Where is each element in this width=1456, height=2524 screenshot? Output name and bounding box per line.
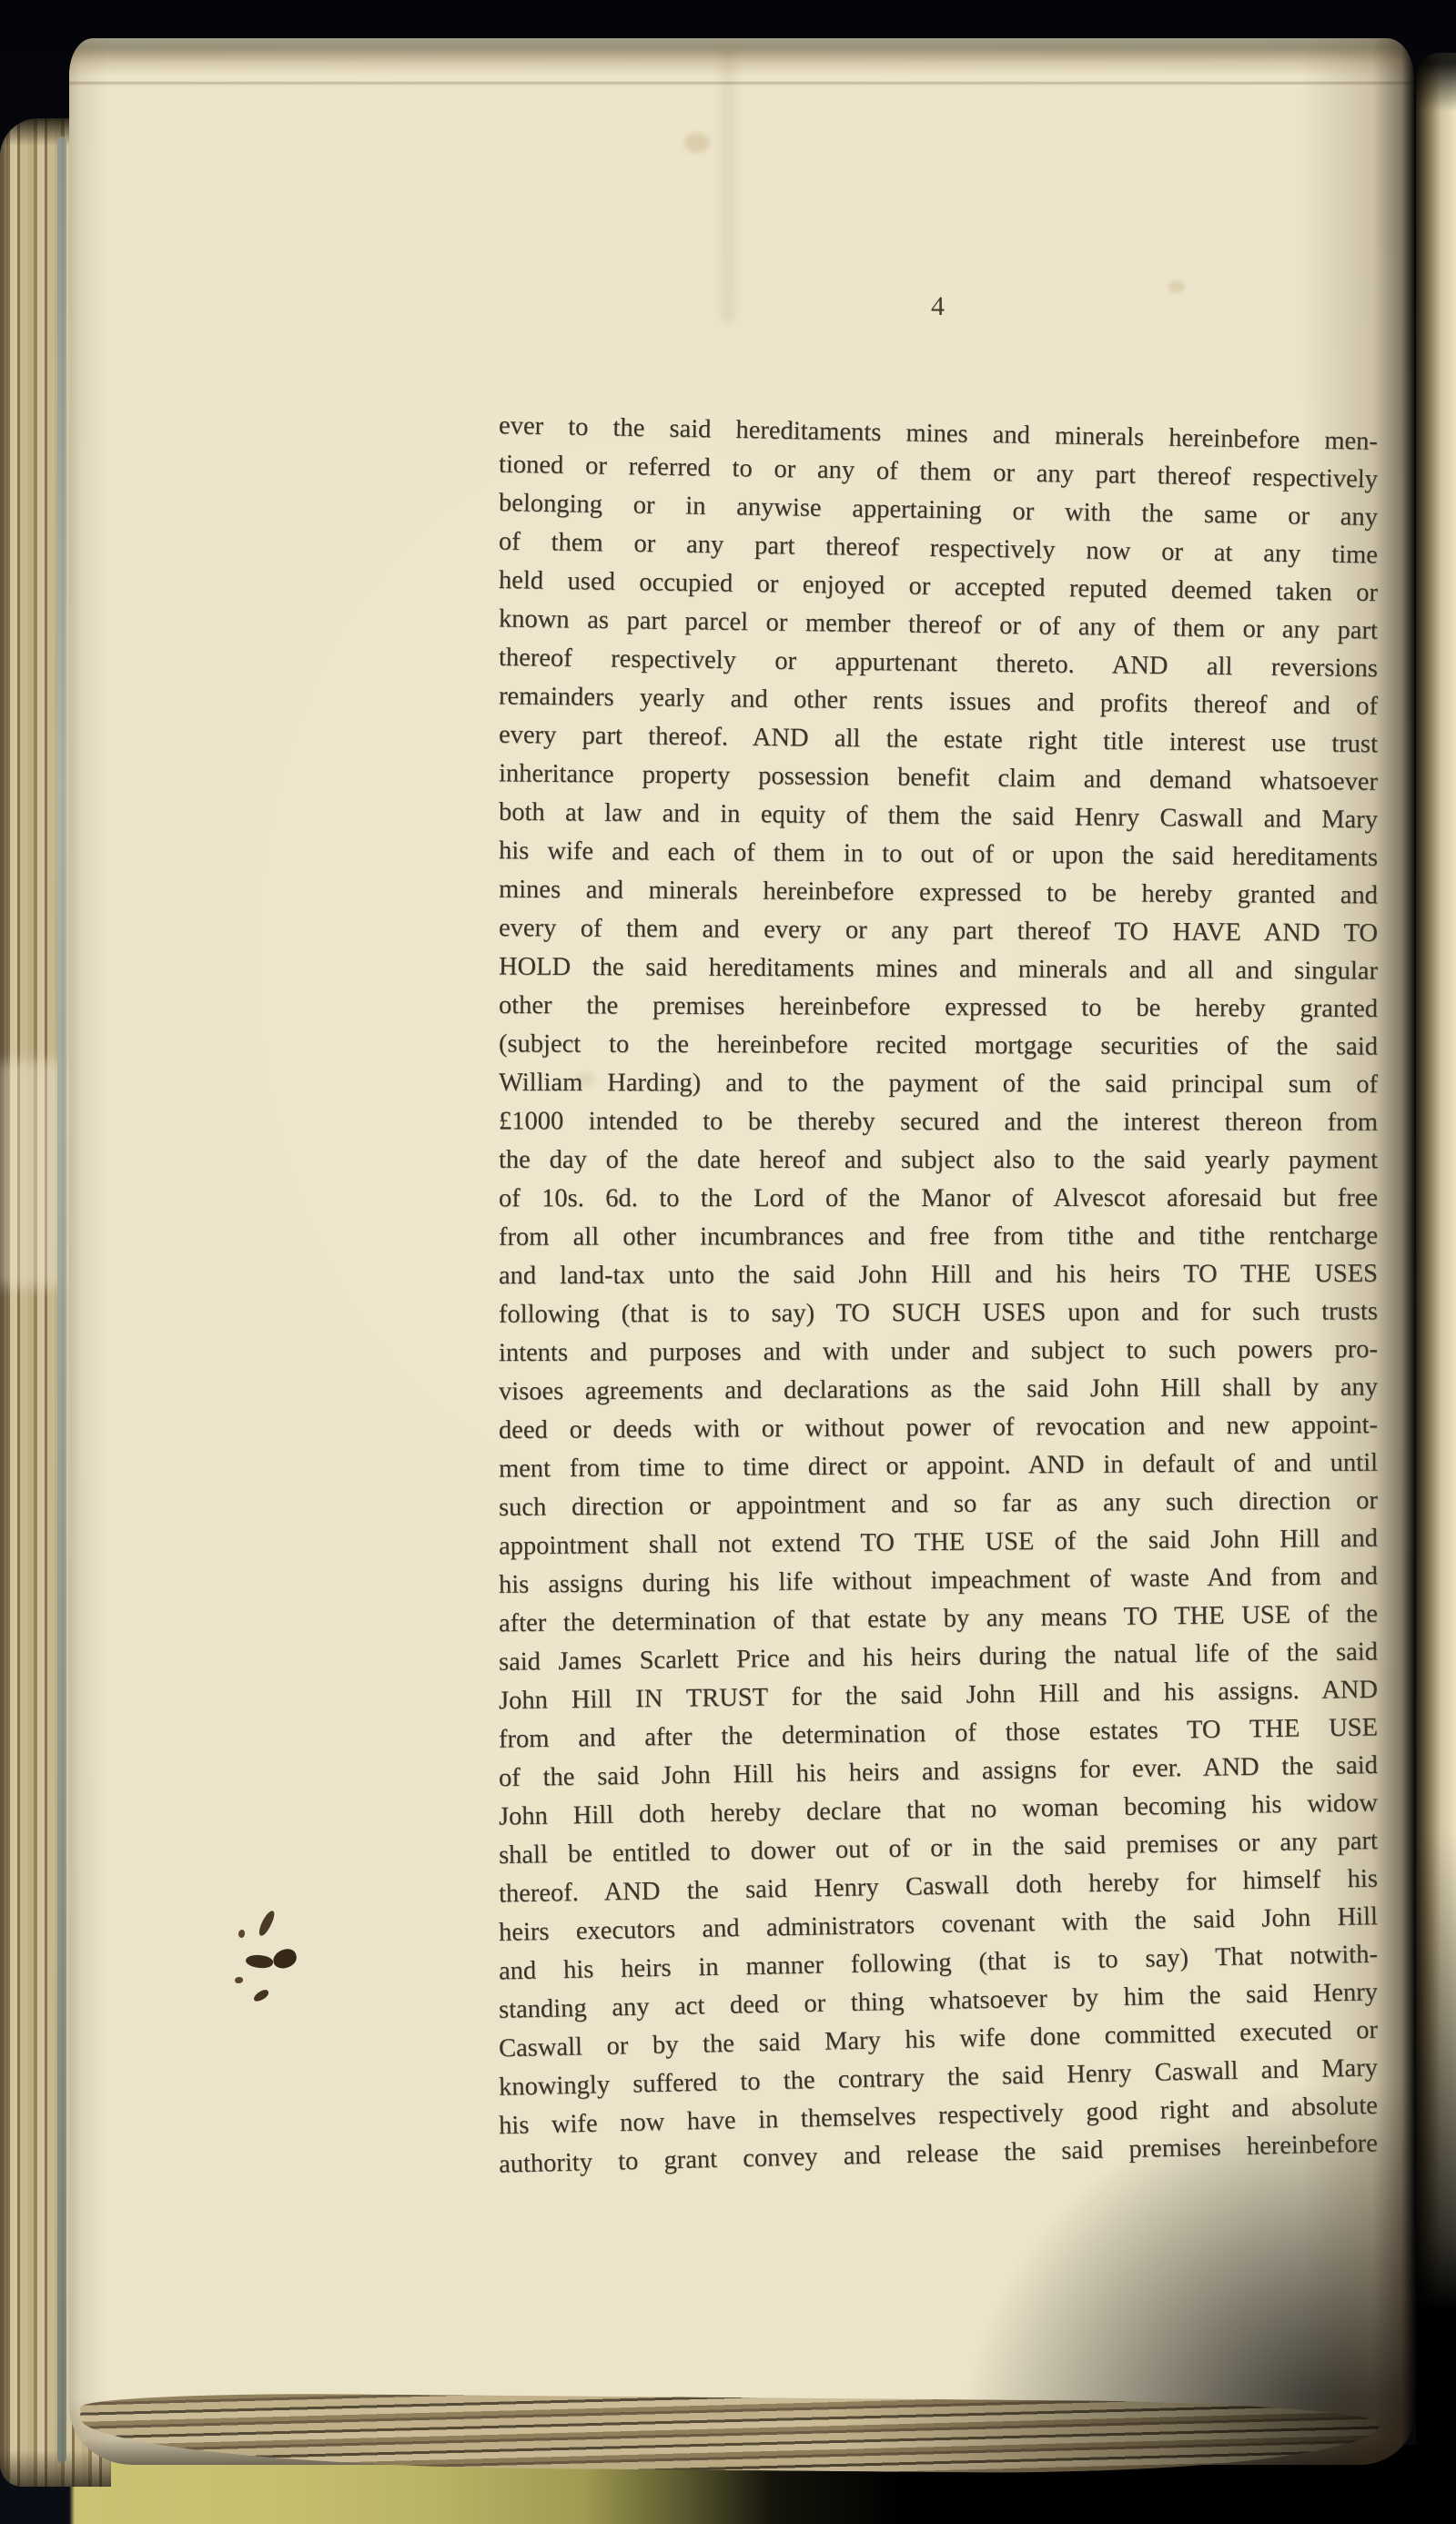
text-line: following (that is to say) TO SUCH USES … bbox=[499, 1292, 1378, 1333]
book-photo: 4 ever to the said hereditaments mines a… bbox=[0, 0, 1456, 2524]
paper-stain bbox=[721, 42, 735, 324]
text-line: ment from time to time direct or appoint… bbox=[499, 1444, 1378, 1489]
text-line: deed or deeds with or without power of r… bbox=[499, 1406, 1378, 1450]
ink-smudge bbox=[238, 1930, 245, 1938]
text-line: HOLD the said hereditaments mines and mi… bbox=[499, 948, 1378, 991]
text-line: intents and purposes and with under and … bbox=[499, 1331, 1378, 1373]
text-line: and land-tax unto the said John Hill and… bbox=[499, 1255, 1378, 1295]
text-line: other the premises hereinbefore expresse… bbox=[499, 987, 1378, 1029]
text-line: the day of the date hereof and subject a… bbox=[499, 1141, 1378, 1180]
facing-page-edge bbox=[1416, 53, 1456, 2456]
ink-smudge bbox=[235, 1977, 243, 1983]
page-stack-light-patch bbox=[0, 1060, 66, 1288]
text-line: mines and minerals hereinbefore expresse… bbox=[499, 871, 1378, 916]
text-line: visoes agreements and declarations as th… bbox=[499, 1368, 1378, 1411]
text-line: from all other incumbrances and free fro… bbox=[499, 1217, 1378, 1256]
ink-smudge bbox=[257, 1909, 277, 1937]
foxing-spot bbox=[684, 133, 710, 153]
page-number: 4 bbox=[499, 293, 1378, 320]
text-line: every of them and every or any part ther… bbox=[499, 909, 1378, 953]
book-page: 4 ever to the said hereditaments mines a… bbox=[69, 38, 1414, 2465]
ink-smudge bbox=[271, 1947, 298, 1971]
text-line: of 10s. 6d. to the Lord of the Manor of … bbox=[499, 1180, 1378, 1219]
foxing-spot bbox=[1168, 280, 1185, 293]
text-block: ever to the said hereditaments mines and… bbox=[499, 415, 1378, 2174]
text-line: £1000 intended to be thereby secured and… bbox=[499, 1102, 1378, 1141]
text-line: William Harding) and to the payment of t… bbox=[499, 1064, 1378, 1104]
page-edge-highlight bbox=[57, 137, 66, 2463]
text-line: (subject to the hereinbefore recited mor… bbox=[499, 1025, 1378, 1066]
ink-smudge bbox=[252, 1988, 270, 2003]
text-line: his wife and each of them in to out of o… bbox=[499, 832, 1378, 877]
ink-smudge bbox=[245, 1953, 274, 1970]
